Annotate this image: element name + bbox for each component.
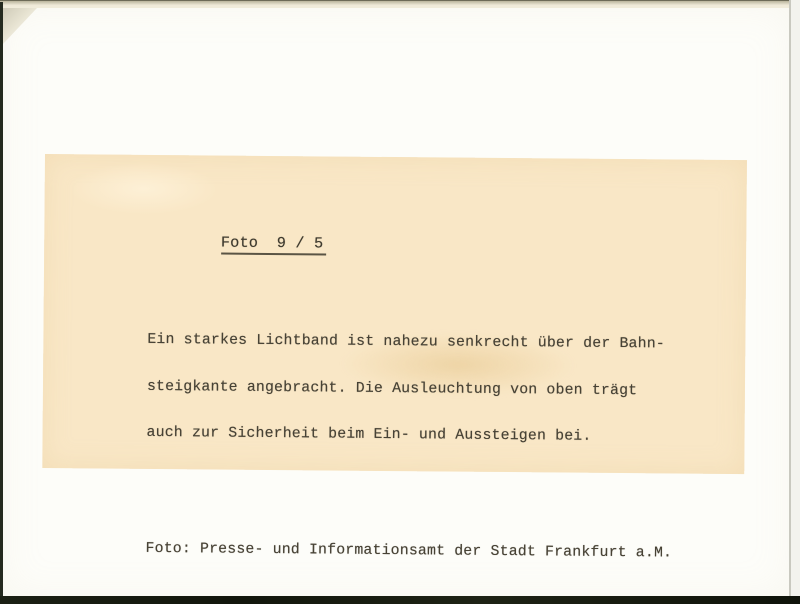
photo-card: Foto 9 / 5 Ein starkes Lichtband ist nah…	[3, 8, 791, 597]
photo-number-title: Foto 9 / 5	[221, 235, 327, 256]
scan-left-edge	[0, 2, 3, 602]
typed-text-block: Foto 9 / 5 Ein starkes Lichtband ist nah…	[145, 218, 726, 594]
corner-fold	[3, 8, 37, 44]
caption-paragraph: Ein starkes Lichtband ist nahezu senkrec…	[146, 302, 725, 478]
caption-line: steigkante angebracht. Die Ausleuchtung …	[147, 379, 725, 400]
scanned-photo-back: Foto 9 / 5 Ein starkes Lichtband ist nah…	[0, 0, 800, 604]
paper-stain-light	[68, 162, 218, 215]
caption-line: auch zur Sicherheit beim Ein- und Ausste…	[146, 426, 724, 447]
credit-line: Foto: Presse- und Informationsamt der St…	[145, 540, 723, 561]
typed-caption-note: Foto 9 / 5 Ein starkes Lichtband ist nah…	[42, 154, 747, 474]
scan-right-margin	[789, 0, 800, 597]
caption-line: Ein starkes Lichtband ist nahezu senkrec…	[147, 333, 725, 354]
scan-bottom-edge	[0, 596, 800, 604]
